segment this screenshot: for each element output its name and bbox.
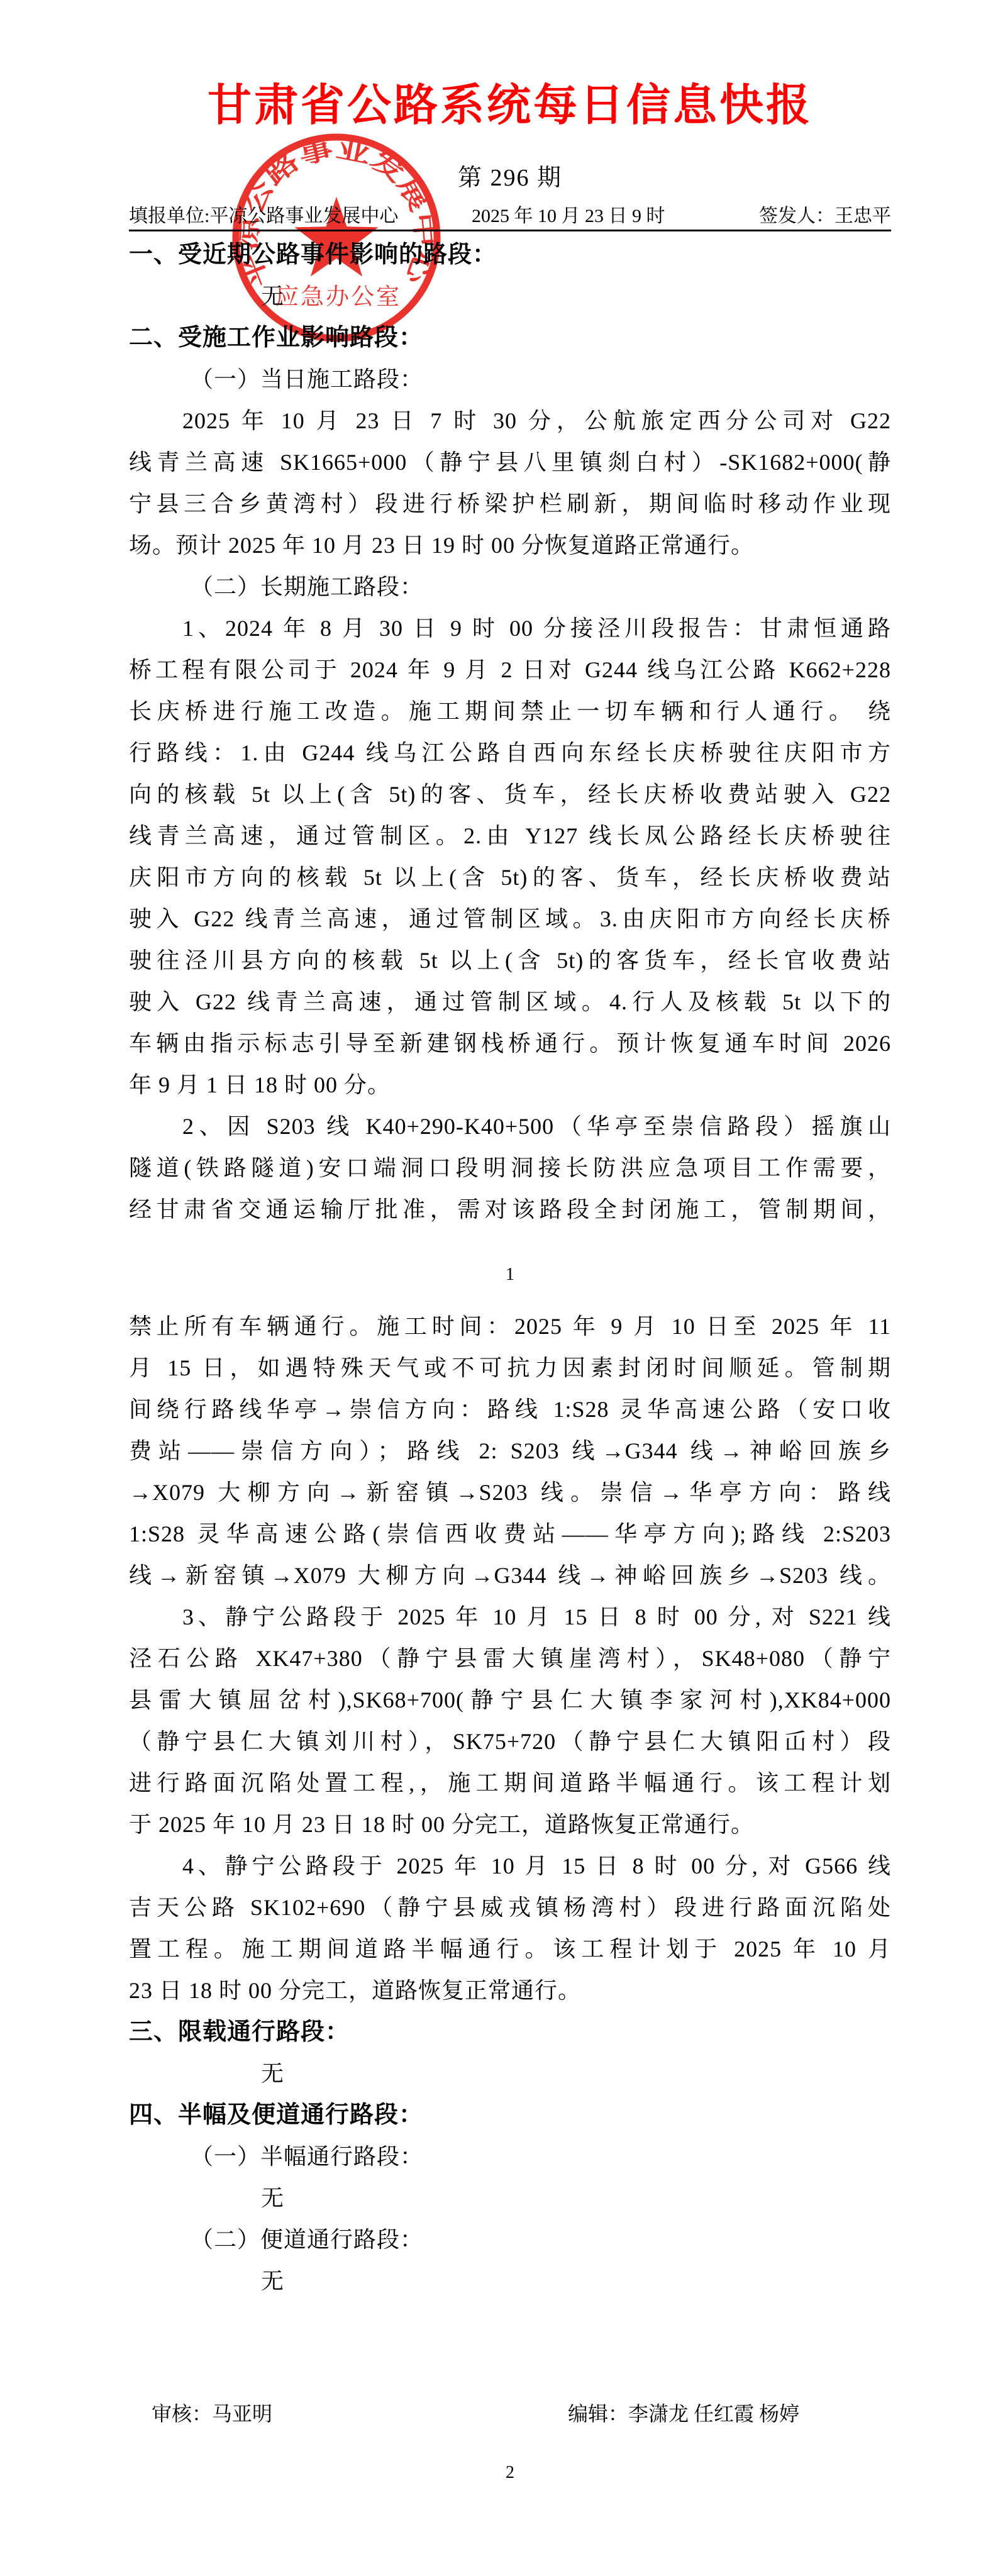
doc-line: 二、受施工作业影响路段： [129, 317, 891, 358]
doc-line: 年 9 月 1 日 18 时 00 分。 [129, 1064, 891, 1106]
page1-body: 一、受近期公路事件影响的路段：无二、受施工作业影响路段：（一）当日施工路段：20… [129, 234, 891, 1230]
doc-line: 无 [129, 2053, 891, 2094]
doc-line: 吉天公路 SK102+690（静宁县威戎镇杨湾村）段进行路面沉陷处 [129, 1887, 891, 1928]
doc-line: 1、2024 年 8 月 30 日 9 时 00 分接泾川段报告：甘肃恒通路 [129, 608, 891, 649]
doc-line: 无 [129, 275, 891, 317]
doc-line: 场。预计 2025 年 10 月 23 日 19 时 00 分恢复道路正常通行。 [129, 525, 891, 566]
doc-line: （静宁县仁大镇刘川村），SK75+720（静宁县仁大镇阳屲村）段 [129, 1721, 891, 1762]
doc-line: 泾石公路 XK47+380（静宁县雷大镇崖湾村），SK48+080（静宁 [129, 1638, 891, 1679]
doc-line: 四、半幅及便道通行路段： [129, 2094, 891, 2136]
doc-line: 县雷大镇屈岔村),SK68+700(静宁县仁大镇李家河村),XK84+000 [129, 1679, 891, 1721]
footer-row: 审核：马亚明 编辑：李潇龙 任红霞 杨婷 [129, 2396, 891, 2431]
page2-number: 2 [129, 2460, 891, 2485]
doc-line: （二）便道通行路段： [129, 2219, 891, 2260]
doc-line: 三、限载通行路段： [129, 2011, 891, 2053]
doc-line: 线青兰高速 SK1665+000（静宁县八里镇剡白村）-SK1682+000(静 [129, 441, 891, 483]
info-row: 填报单位:平凉公路事业发展中心 2025 年 10 月 23 日 9 时 签发人… [129, 205, 891, 231]
doc-line: 驶入 G22 线青兰高速，通过管制区域。4.行人及核载 5t 以下的 [129, 981, 891, 1023]
doc-line: 无 [129, 2260, 891, 2302]
doc-line: 行路线：1.由 G244 线乌江公路自西向东经长庆桥驶往庆阳市方 [129, 732, 891, 774]
doc-line: 月 15 日，如遇特殊天气或不可抗力因素封闭时间顺延。管制期 [129, 1347, 891, 1389]
report-unit: 填报单位:平凉公路事业发展中心 [129, 205, 398, 228]
doc-line: 置工程。施工期间道路半幅通行。该工程计划于 2025 年 10 月 [129, 1928, 891, 1970]
doc-line: （一）当日施工路段： [129, 358, 891, 400]
doc-line: 桥工程有限公司于 2024 年 9 月 2 日对 G244 线乌江公路 K662… [129, 649, 891, 691]
doc-line: （一）半幅通行路段： [129, 2136, 891, 2177]
doc-line: 2025 年 10 月 23 日 7 时 30 分，公航旅定西分公司对 G22 [129, 400, 891, 441]
editors: 编辑：李潇龙 任红霞 杨婷 [568, 2396, 799, 2431]
doc-line: 宁县三合乡黄湾村）段进行桥梁护栏刷新，期间临时移动作业现 [129, 483, 891, 525]
reviewer: 审核：马亚明 [152, 2396, 272, 2431]
doc-line: 隧道(铁路隧道)安口端洞口段明洞接长防洪应急项目工作需要， [129, 1147, 891, 1189]
doc-line: 2、因 S203 线 K40+290-K40+500（华亭至崇信路段）摇旗山 [129, 1106, 891, 1147]
doc-line: 禁止所有车辆通行。施工时间：2025 年 9 月 10 日至 2025 年 11 [129, 1306, 891, 1347]
doc-line: 4、静宁公路段于 2025 年 10 月 15 日 8 时 00 分, 对 G5… [129, 1845, 891, 1887]
doc-line: 线青兰高速，通过管制区。2.由 Y127 线长凤公路经长庆桥驶往 [129, 815, 891, 857]
doc-line: 经甘肃省交通运输厅批准，需对该路段全封闭施工，管制期间， [129, 1189, 891, 1230]
page1-number: 1 [129, 1254, 891, 1296]
report-date: 2025 年 10 月 23 日 9 时 [472, 205, 665, 228]
bulletin-document: 甘肃省公路系统每日信息快报 第 296 期 填报单位:平凉公路事业发展中心 20… [0, 82, 998, 2485]
signer: 签发人：王忠平 [759, 205, 891, 228]
doc-line: 长庆桥进行施工改造。施工期间禁止一切车辆和行人通行。 绕 [129, 691, 891, 732]
doc-line: 一、受近期公路事件影响的路段： [129, 234, 891, 275]
doc-line: 进行路面沉陷处置工程,，施工期间道路半幅通行。该工程计划 [129, 1762, 891, 1804]
doc-line: 车辆由指示标志引导至新建钢栈桥通行。预计恢复通车时间 2026 [129, 1023, 891, 1064]
doc-line: 向的核载 5t 以上(含 5t)的客、货车，经长庆桥收费站驶入 G22 [129, 774, 891, 815]
doc-line: 线→新窑镇→X079 大柳方向→G344 线→神峪回族乡→S203 线。 [129, 1555, 891, 1596]
issue-number: 第 296 期 [129, 165, 891, 191]
doc-line: →X079 大柳方向→新窑镇→S203 线。崇信→华亭方向：路线 [129, 1472, 891, 1513]
page2-body: 禁止所有车辆通行。施工时间：2025 年 9 月 10 日至 2025 年 11… [129, 1306, 891, 2302]
doc-line: 驶往泾川县方向的核载 5t 以上(含 5t)的客货车，经长官收费站 [129, 940, 891, 981]
doc-line: （二）长期施工路段： [129, 566, 891, 608]
doc-line: 无 [129, 2177, 891, 2219]
document-title: 甘肃省公路系统每日信息快报 [129, 82, 891, 131]
doc-line: 3、静宁公路段于 2025 年 10 月 15 日 8 时 00 分, 对 S2… [129, 1596, 891, 1638]
doc-line: 庆阳市方向的核载 5t 以上(含 5t)的客、货车，经长庆桥收费站 [129, 857, 891, 898]
doc-line: 驶入 G22 线青兰高速，通过管制区域。3.由庆阳市方向经长庆桥 [129, 898, 891, 940]
doc-line: 间绕行路线华亭→崇信方向：路线 1:S28 灵华高速公路（安口收 [129, 1389, 891, 1430]
doc-line: 1:S28 灵华高速公路(崇信西收费站——华亭方向);路线 2:S203 [129, 1513, 891, 1555]
doc-line: 费站——崇信方向）；路线 2: S203 线→G344 线→神峪回族乡 [129, 1430, 891, 1472]
doc-line: 于 2025 年 10 月 23 日 18 时 00 分完工，道路恢复正常通行。 [129, 1804, 891, 1845]
doc-line: 23 日 18 时 00 分完工，道路恢复正常通行。 [129, 1970, 891, 2011]
